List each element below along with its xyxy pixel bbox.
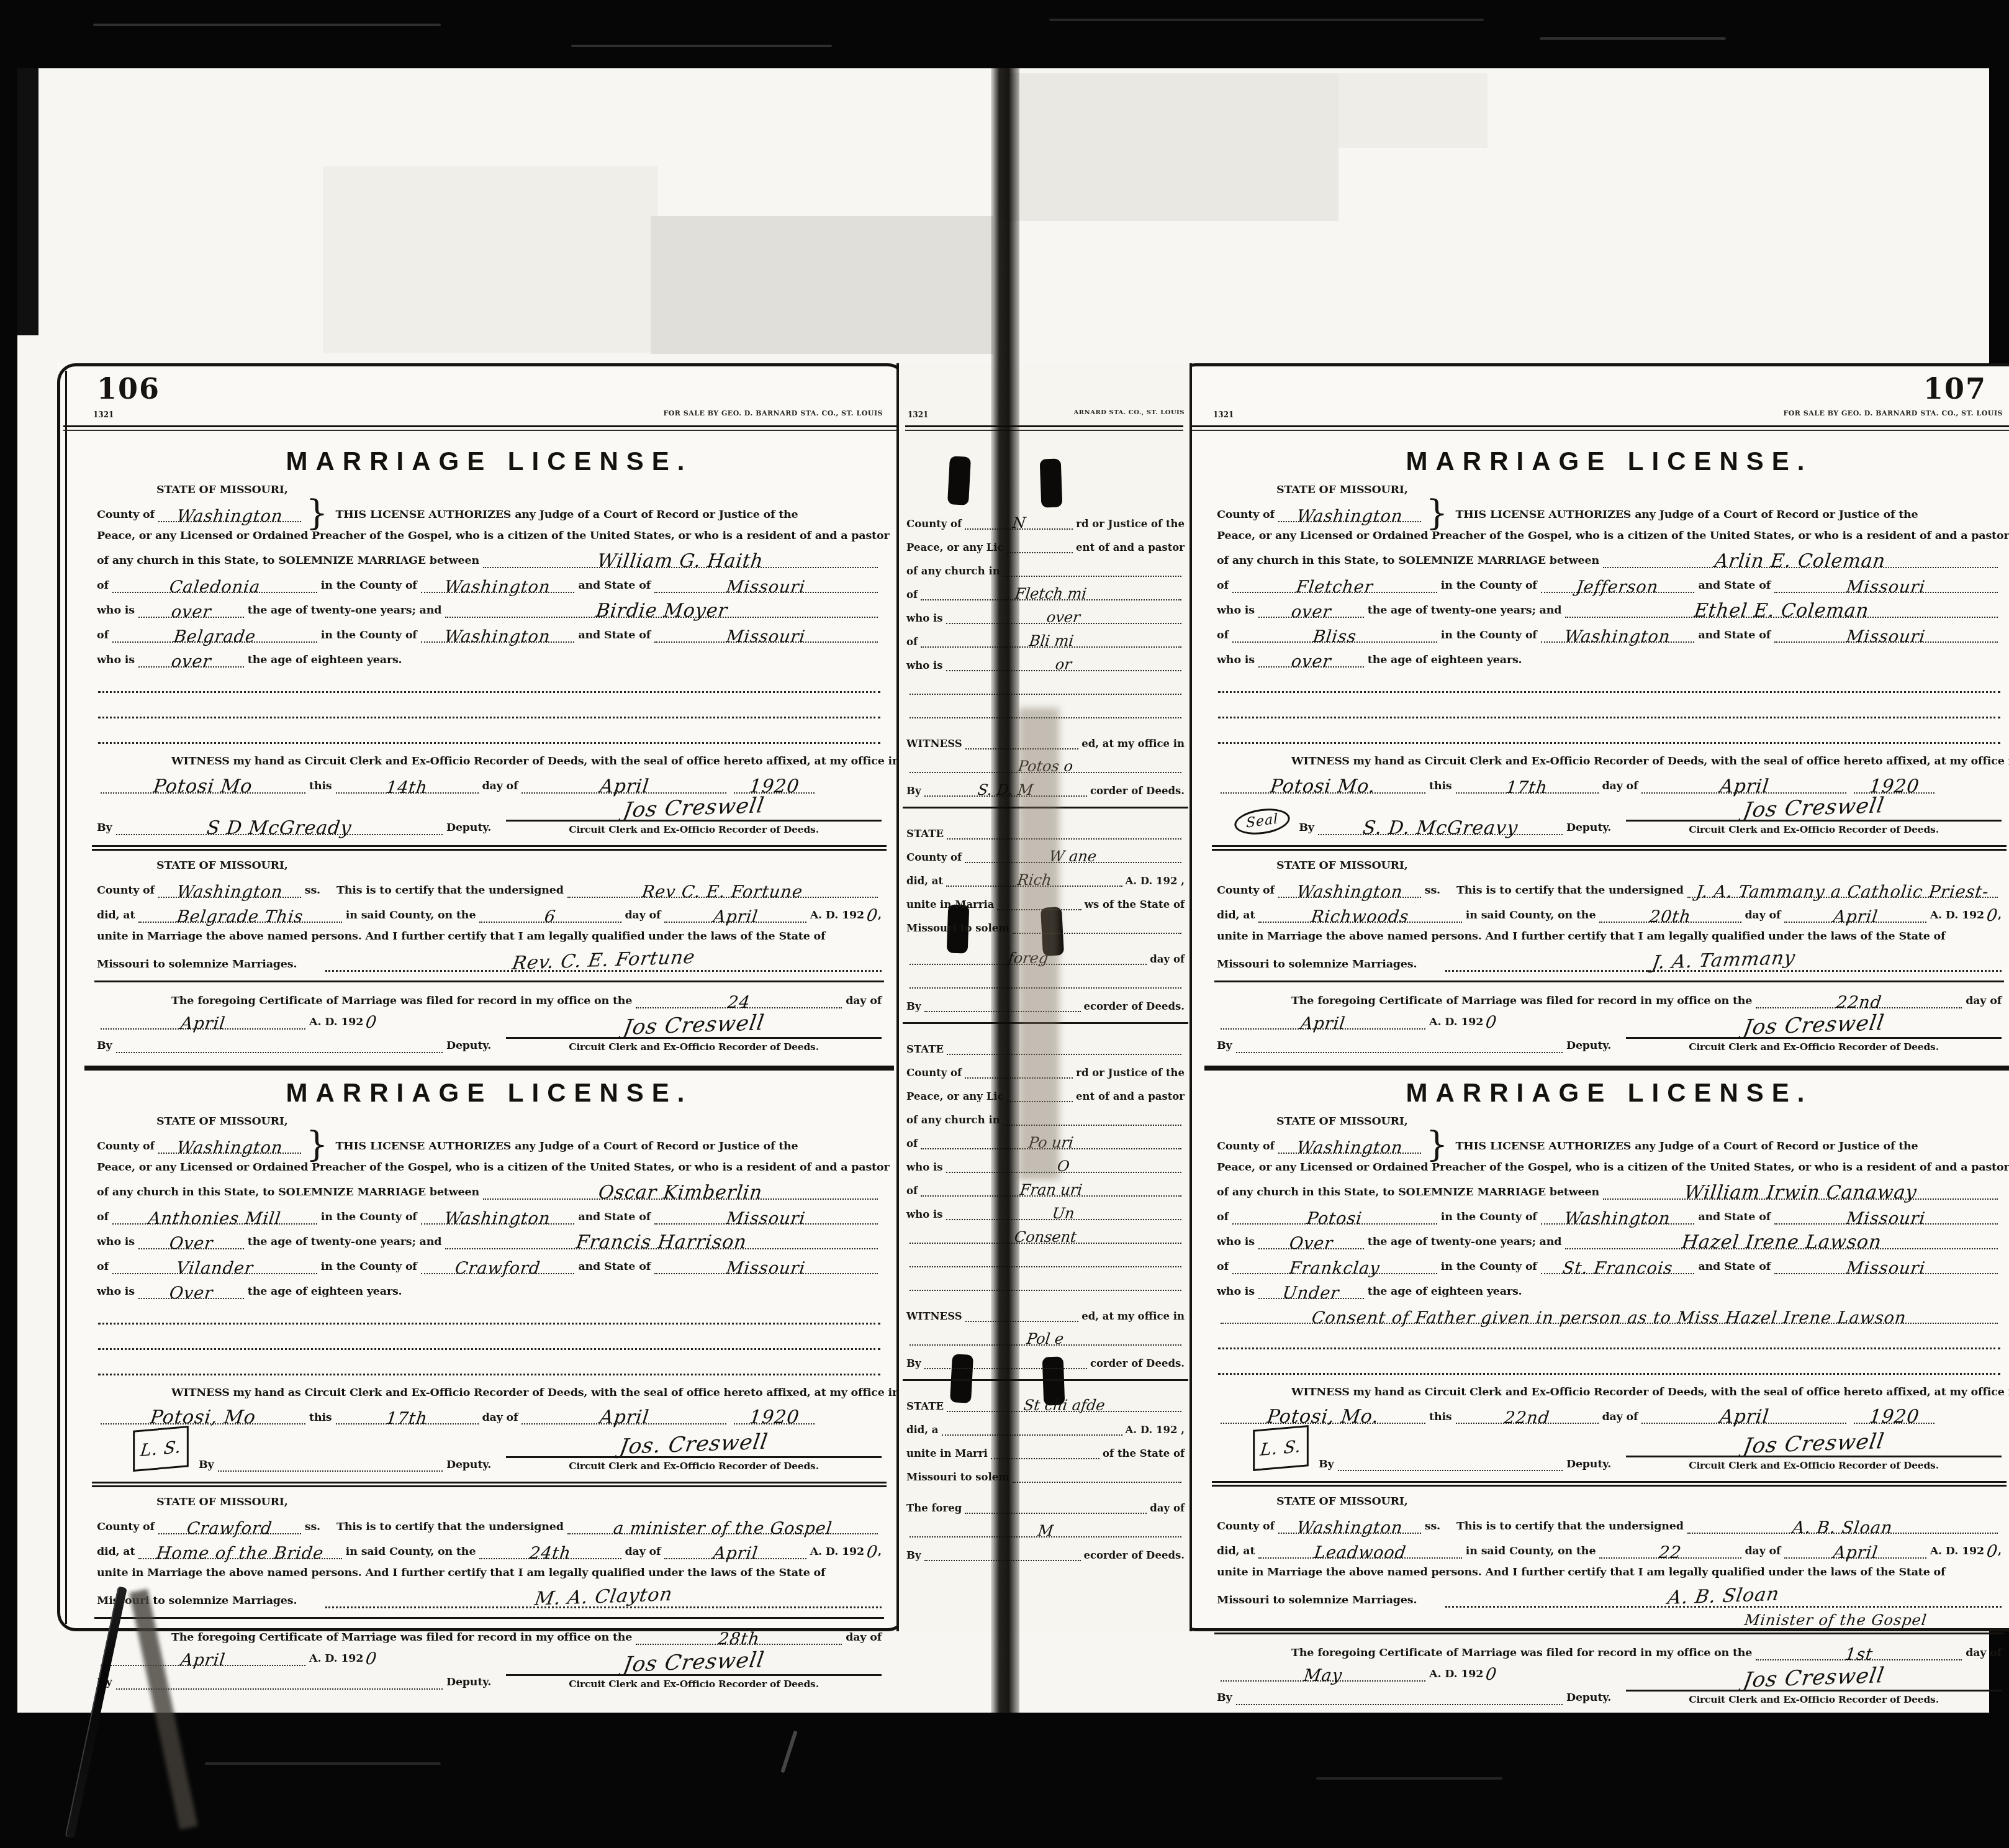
handwritten-fragment: Pol e [1026,1330,1065,1347]
handwritten-place: Home of the Bride [156,1545,325,1562]
handwritten-place: Belgrade This [176,908,305,925]
officiant-entry: Rev C. E. Fortune [567,881,878,898]
printed-label: A. D. 192 [810,1546,864,1559]
printed-label: this [309,1411,332,1425]
printed-fragment: of [906,1138,918,1149]
groom-age: Over [138,1232,244,1249]
register-page-106: 106 1321 FOR SALE BY GEO. D. BARNARD STA… [57,363,906,1631]
printed-label: day of [1745,909,1781,923]
printed-label: County of [97,509,155,522]
cert-county: Washington [1278,881,1421,898]
clerk-signature-block: Jos Creswell Circuit Clerk and Ex-Offici… [506,1652,882,1690]
bride-state: Missouri [1774,1257,1998,1274]
county-entry: Washington [158,505,301,522]
printed-text: The foregoing Certificate of Marriage wa… [1291,1647,1752,1660]
printed-label: who is [97,654,135,668]
handwritten-state: Missouri [1846,628,1927,645]
section-divider [1214,981,2004,982]
fragment-fill [947,825,1181,840]
witness-month: April [521,1407,726,1424]
printed-label: day of [482,780,518,794]
printed-label: A. D. 192 [309,1652,363,1666]
printed-fragment: A. D. 192 , [1126,875,1185,887]
handwritten-age: Over [168,1235,214,1252]
printed-text: Peace, or any Licensed or Ordained Preac… [97,1161,890,1175]
scanner-scratch [205,1762,441,1765]
printed-fragment: corder of Deeds. [1090,1357,1185,1369]
printed-text: Peace, or any Licensed or Ordained Preac… [1217,530,2009,543]
clerk-title: Circuit Clerk and Ex-Officio Recorder of… [569,823,819,835]
handwritten-month: April [1299,1015,1346,1032]
blank-ruled-line [1218,673,2000,693]
printed-label: of [1217,629,1229,643]
ss-mark: ss. [1425,1520,1440,1534]
handwritten-county: Washington [1564,628,1672,645]
page-number: 107 [1923,372,1987,405]
blank-ruled-line [1218,723,2000,744]
printed-fragment: County of [906,1067,962,1079]
printed-text: the age of eighteen years. [248,1285,402,1299]
officiant-signature-line: Rev. C. E. Fortune [325,951,882,972]
handwritten-county: Washington [1296,508,1404,525]
ceremony-place: Leadwood [1258,1541,1462,1559]
ss-mark: ss. [305,1521,320,1534]
printed-label: By [1217,1039,1232,1053]
section-divider [1214,1633,2004,1634]
form-number: 1321 [908,410,928,419]
printed-label: and State of [1698,629,1771,643]
printed-label: this [1429,780,1452,794]
printed-text: The foregoing Certificate of Marriage wa… [171,995,632,1008]
fragment-fill [1003,562,1181,577]
handwritten-officiant: Rev C. E. Fortune [641,884,804,900]
handwritten-year-suffix: 0 [1485,1014,1499,1031]
witness-year: 1920 [1854,1406,1935,1424]
printed-text: of any church in this State, to SOLEMNIZ… [97,555,479,568]
paper-layer [323,166,658,353]
printed-text: The foregoing Certificate of Marriage wa… [1291,995,1752,1008]
fragment-fill: Pol e [910,1331,1181,1346]
fragment-divider [903,1379,1188,1381]
printed-label: By [199,1459,214,1472]
filed-month: April [101,1012,305,1030]
groom-state: Missouri [654,576,878,593]
printed-label: in the County of [1441,1261,1537,1274]
printed-label: day of [846,995,882,1008]
printed-fragment: of the State of [1103,1447,1185,1459]
handwritten-month: April [179,1652,226,1669]
handwritten-county: Crawford [186,1520,274,1537]
handwritten-fragment: M [1037,1522,1054,1539]
printed-label: in the County of [321,579,417,593]
printed-label: of [97,579,109,593]
page-edge-rule [65,371,67,1624]
blank-ruled-line [98,673,880,693]
printed-fragment: WITNESS [906,1310,962,1322]
witness-year: 1920 [734,776,815,794]
printed-fragment: By [906,785,921,797]
printed-label: who is [1217,1236,1255,1249]
ss-mark: ss. [1425,884,1440,898]
handwritten-year: 1920 [1868,1408,1920,1426]
groom-age: Over [1258,1232,1364,1249]
officiant-signature: A. B. Sloan [1666,1585,1781,1608]
handwritten-state: Missouri [726,628,807,645]
ceremony-month: April [664,1542,806,1559]
ceremony-place: Belgrade This [138,905,342,923]
printed-label: in said County, on the [346,909,476,923]
printed-text: Missouri to solemnize Marriages. [97,1595,297,1608]
handwritten-age: over [170,653,212,670]
handwritten-state: Missouri [1846,1260,1927,1277]
printed-fragment: unite in Marria [906,899,994,910]
form-title: MARRIAGE LICENSE. [97,446,882,476]
handwritten-place: Potosi Mo [152,777,253,796]
printed-fragment: STATE [906,1400,944,1412]
printed-label: who is [1217,654,1255,668]
printed-label: and State of [1698,579,1771,593]
bride-entry: Birdie Moyer [445,600,878,618]
clerk-signature: Jos Creswell [622,1649,766,1675]
witness-day: 14th [336,776,479,794]
filed-day: 1st [1756,1643,1962,1660]
consent-entry: Consent of Father given in person as to … [1221,1307,1998,1324]
printed-label: of [97,1211,109,1225]
printed-label: who is [97,1285,135,1299]
witness-month: April [1641,776,1846,794]
handwritten-month: April [179,1015,226,1032]
witness-month: April [521,776,726,794]
printed-label: By [1299,822,1314,835]
handwritten-state: Missouri [1846,1210,1927,1227]
printed-label: who is [1217,604,1255,618]
ss-mark: ss. [305,884,320,898]
clerk-signature-block: Jos Creswell Circuit Clerk and Ex-Offici… [506,1015,882,1053]
filed-left-block: April A. D. 192 0 By Deputy. [97,1012,491,1053]
page-top-rule [905,425,1183,427]
handwritten-groom-name: Oscar Kimberlin [597,1184,764,1202]
printed-label: day of [1966,1647,2002,1660]
printed-fragment: ent of and a pastor [1076,1090,1185,1102]
printed-fragment: rd or Justice of the [1076,1067,1185,1079]
seal-text: Seal [1246,812,1278,830]
handwritten-day: 22nd [1835,994,1882,1011]
ceremony-place: Home of the Bride [138,1542,342,1559]
handwritten-age: over [170,604,212,620]
printed-label: and State of [578,1211,651,1225]
handwritten-county: Crawford [454,1260,541,1277]
printed-label: By [97,822,112,835]
officiant-signature: J. A. Tammany [1651,949,1797,972]
handwritten-fragment: or [1055,656,1073,673]
blank-fragment-line [910,1252,1181,1267]
form-separator [1204,1066,2009,1068]
handwritten-month: April [598,1408,650,1427]
groom-entry: Arlin E. Coleman [1603,551,1998,568]
handwritten-place: Leadwood [1313,1544,1407,1561]
clerk-signature: Jos. Creswell [618,1431,770,1457]
handwritten-day: 24 [726,994,751,1011]
printed-label: Deputy. [446,1676,491,1690]
printed-text: WITNESS my hand as Circuit Clerk and Ex-… [171,755,900,769]
printed-text: WITNESS my hand as Circuit Clerk and Ex-… [171,1387,900,1400]
printed-label: County of [1217,509,1275,522]
handwritten-fragment: Fran uri [1019,1181,1083,1198]
printed-fragment: STATE [906,828,944,840]
printed-text: WITNESS my hand as Circuit Clerk and Ex-… [1291,755,2009,769]
printed-label: County of [97,1521,155,1534]
groom-state: Missouri [654,1207,878,1225]
printed-label: Deputy. [1566,822,1611,835]
handwritten-day: 24th [528,1545,572,1562]
printed-text: THIS LICENSE AUTHORIZES any Judge of a C… [1455,1140,1918,1154]
clerk-title: Circuit Clerk and Ex-Officio Recorder of… [569,1678,819,1690]
printed-label: A. D. 192 [1930,909,1984,923]
handwritten-year-suffix: 0 [865,907,879,924]
deputy-area: Seal By S. D. McGreavy Deputy. [1217,809,1611,835]
handwritten-officiant: J. A. Tammany a Catholic Priest- [1695,884,1990,900]
printed-fragment: Peace, or any Lic [906,541,1004,553]
printed-label: Deputy. [446,1039,491,1053]
handwritten-day: 1st [1844,1646,1874,1663]
printed-label: County of [97,1140,155,1154]
printed-label: in the County of [1441,1211,1537,1225]
handwritten-day: 17th [386,1410,429,1427]
printed-label: did, at [1217,909,1255,923]
printed-label: and State of [1698,1211,1771,1225]
printed-fragment: of any church in [906,565,1000,577]
handwritten-groom-name: William G. Haith [596,552,764,571]
printed-text: WITNESS my hand as Circuit Clerk and Ex-… [1291,1386,2009,1400]
fragment-fill: M [910,1523,1181,1538]
handwritten-day: 22 [1658,1544,1683,1561]
handwritten-place: Potosi, Mo [149,1408,257,1427]
printed-label: who is [1217,1285,1255,1299]
handwritten-year-suffix: 0 [1985,907,1999,924]
handwritten-place: Vilander [175,1260,254,1277]
blank-ruled-line [1218,698,2000,718]
county-entry: Washington [158,1136,301,1154]
state-heading: STATE OF MISSOURI, [156,1496,288,1510]
marriage-license-form: MARRIAGE LICENSE. STATE OF MISSOURI, Cou… [1217,446,2002,1053]
seal-box: L. S. [1253,1425,1309,1471]
printed-text: unite in Marriage the above named person… [97,1567,825,1580]
filed-left-block: April A. D. 192 0 By Deputy. [1217,1012,1611,1053]
printed-text: unite in Marriage the above named person… [1217,930,1945,944]
scanner-scratch [1316,1777,1502,1780]
handwritten-month: April [1832,908,1879,925]
clerk-signature-block: Jos Creswell Circuit Clerk and Ex-Offici… [1626,797,2002,835]
handwritten-bride-name: Birdie Moyer [595,602,729,620]
printed-text: Missouri to solemnize Marriages. [97,958,297,972]
groom-residence: Caledonia [112,576,317,593]
deputy-entry [1236,1688,1563,1705]
fragment-fill [1013,1468,1181,1483]
state-heading: STATE OF MISSOURI, [156,1115,288,1129]
state-heading: STATE OF MISSOURI, [1276,484,1408,497]
witness-day: 22nd [1456,1406,1599,1424]
section-divider [92,845,887,851]
printed-fragment: unite in Marri [906,1447,988,1459]
printed-text: The foregoing Certificate of Marriage wa… [171,1631,632,1645]
fragment-fill: Bli mi [921,633,1181,648]
handwritten-county: Washington [1296,1520,1404,1536]
handwritten-county: Washington [176,884,284,900]
officiant-entry: A. B. Sloan [1687,1516,1998,1534]
handwritten-day: 28th [717,1631,761,1647]
filed-day: 28th [636,1628,842,1645]
printed-text: the age of twenty-one years; and [248,604,441,618]
groom-residence: Potosi [1232,1207,1437,1225]
printed-text: Missouri to solemnize Marriages. [1217,1594,1417,1608]
printed-label: in said County, on the [1466,1545,1596,1559]
handwritten-groom-name: Arlin E. Coleman [1714,552,1887,571]
ceremony-day: 24th [479,1542,621,1559]
blank-fragment-line [910,1276,1181,1291]
printed-text: This is to certify that the undersigned [1456,884,1684,898]
handwritten-year-suffix: 0 [1985,1543,1999,1560]
printed-label: this [1429,1411,1452,1424]
handwritten-officiant: A. B. Sloan [1791,1520,1894,1536]
printed-label: County of [1217,884,1275,898]
printed-label: day of [1602,780,1638,794]
page-number: 106 [97,372,160,405]
printed-label: County of [97,884,155,898]
handwritten-deputy-signature: S D McGready [205,819,353,838]
handwritten-place: Bliss [1312,628,1357,645]
handwritten-place: Potosi, Mo. [1266,1408,1380,1426]
handwritten-age: over [1290,653,1332,670]
printed-label: and State of [1698,1261,1771,1274]
printed-label: day of [846,1631,882,1645]
handwritten-age: over [1290,604,1332,620]
handwritten-month: April [598,777,650,796]
bride-state: Missouri [1774,625,1998,643]
witness-year: 1920 [734,1407,815,1424]
handwritten-fragment: over [1046,609,1081,626]
filed-day: 22nd [1756,991,1962,1008]
clerk-signature-block: Jos Creswell Circuit Clerk and Ex-Offici… [506,797,882,835]
groom-age: over [138,600,244,618]
handwritten-county: Washington [1296,1139,1404,1156]
printed-text: THIS LICENSE AUTHORIZES any Judge of a C… [1455,509,1918,522]
printed-fragment: STATE [906,1043,944,1055]
fragment-fill: Un [946,1205,1181,1220]
paper-layer [1339,73,1488,148]
printed-label: of [1217,1211,1229,1225]
handwritten-day: 6 [544,908,558,925]
marriage-license-form: MARRIAGE LICENSE. STATE OF MISSOURI, Cou… [1217,1078,2002,1705]
page-top-rule [1183,430,2009,431]
printed-label: and State of [578,1261,651,1274]
officiant-signature-line: A. B. Sloan [1445,1587,2002,1608]
deputy-entry: S. D. McGreavy [1318,818,1563,835]
fragment-fill [965,1307,1079,1322]
printed-label: of [1217,1261,1229,1274]
witness-place: Potosi Mo [101,776,305,794]
bride-age: over [1258,650,1364,668]
printed-label: did, at [1217,1545,1255,1559]
handwritten-county: Washington [444,1210,552,1227]
handwritten-deputy-signature: S. D. McGreavy [1361,819,1519,838]
handwritten-county: Washington [444,628,552,645]
filed-day: 24 [636,991,842,1008]
witness-place: Potosi Mo. [1221,776,1425,794]
bride-residence: Frankclay [1232,1257,1437,1274]
marriage-license-form: MARRIAGE LICENSE. STATE OF MISSOURI, Cou… [97,446,882,1053]
handwritten-age: Under [1282,1285,1341,1302]
printed-text: the age of twenty-one years; and [248,1236,441,1249]
printed-label: By [97,1039,112,1053]
bride-county: Washington [1541,625,1695,643]
ceremony-month: April [1784,905,1926,923]
scanned-marriage-register-spread: { "tpl": { "title": "MARRIAGE LICENSE.",… [0,0,2009,1848]
bride-county: Washington [421,625,575,643]
printed-label: in said County, on the [1466,909,1596,923]
state-heading: STATE OF MISSOURI, [1276,1495,1408,1509]
fragment-fill: St chi afde [947,1397,1181,1412]
printed-fragment: ent of and a pastor [1076,541,1185,553]
form-title: MARRIAGE LICENSE. [1217,446,2002,476]
deputy-area: L. S. By Deputy. [1217,1428,1611,1471]
printed-fragment: did, a [906,1424,939,1436]
handwritten-place: Belgrade [173,628,256,645]
printed-fragment: who is [906,612,943,624]
witness-day: 17th [336,1407,479,1424]
printed-fragment: of any church in [906,1114,1000,1126]
clerk-title: Circuit Clerk and Ex-Officio Recorder of… [1689,1041,1939,1053]
printed-fragment: who is [906,1208,943,1220]
printed-fragment: did, at [906,875,943,887]
filed-left-block: May A. D. 192 0 By Deputy. [1217,1664,1611,1705]
witness-day: 17th [1456,776,1599,794]
groom-state: Missouri [1774,1207,1998,1225]
seal-scribble: Seal [1233,805,1292,838]
fragment-fill [942,1421,1122,1436]
seal-box: L. S. [133,1426,189,1472]
printed-fragment: of [906,636,918,648]
scanner-scratch [780,1731,797,1773]
handwritten-place: Caledonia [168,579,261,596]
groom-entry: Oscar Kimberlin [483,1182,878,1200]
officiant-signature-line: J. A. Tammany [1445,951,2002,972]
handwritten-year-suffix: 0 [365,1651,379,1667]
handwritten-month: April [1832,1544,1879,1561]
bride-entry: Ethel E. Coleman [1565,600,1998,618]
printed-text: Peace, or any Licensed or Ordained Preac… [1217,1161,2009,1175]
printed-label: did, at [97,1546,135,1559]
section-divider [94,981,884,982]
blank-fragment-line [910,680,1181,695]
printed-fragment: corder of Deeds. [1090,785,1185,797]
printed-label: Deputy. [446,822,491,835]
groom-residence: Fletcher [1232,576,1437,593]
bride-county: Crawford [421,1257,575,1274]
clerk-signature-block: Jos Creswell Circuit Clerk and Ex-Offici… [1626,1667,2002,1705]
handwritten-year: 1920 [748,1408,800,1427]
register-page-107: 107 1321 FOR SALE BY GEO. D. BARNARD STA… [1177,363,2009,1631]
printed-label: who is [97,604,135,618]
handwritten-year-suffix: 0 [865,1544,879,1560]
cert-county: Washington [1278,1516,1421,1534]
state-heading: STATE OF MISSOURI, [156,859,288,873]
printed-label: County of [1217,1520,1275,1534]
bride-age: Over [138,1282,244,1299]
witness-place: Potosi, Mo. [1221,1406,1425,1424]
state-heading: STATE OF MISSOURI, [1276,1115,1408,1129]
printed-label: in the County of [1441,629,1537,643]
deputy-entry: S D McGready [116,818,443,835]
